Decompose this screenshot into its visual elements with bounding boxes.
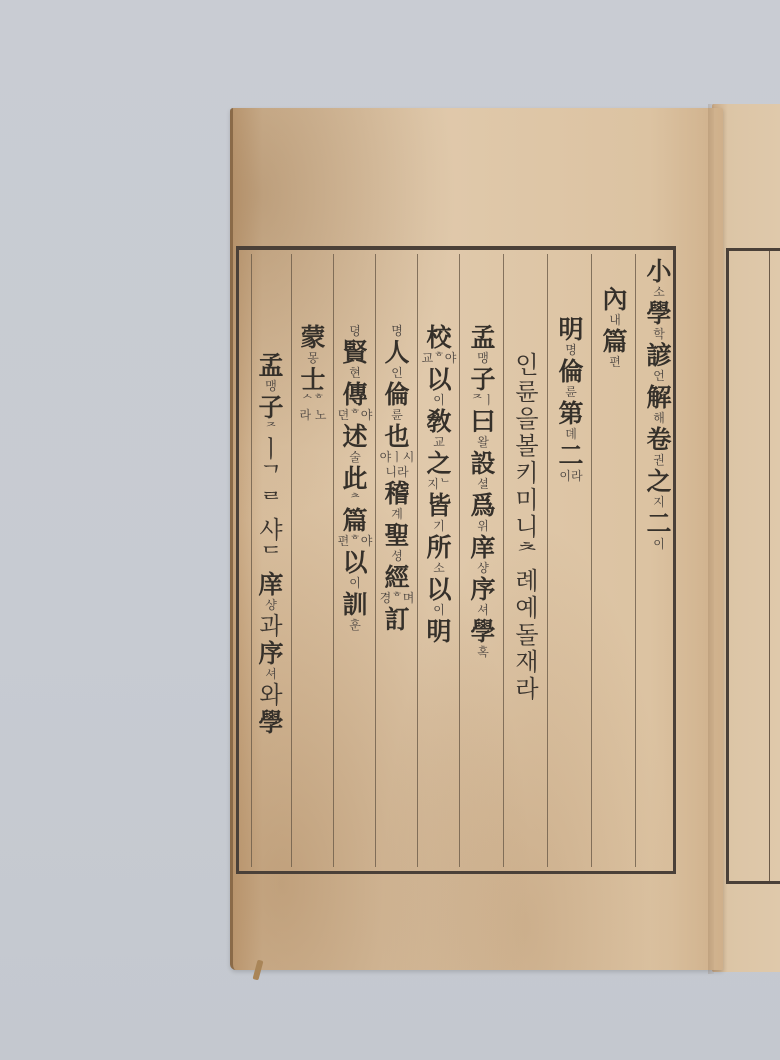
chapter-column: 內내 篇편 (595, 286, 635, 370)
text-column-7: 명 人인 倫륜 也야ㅣ시니라 稽계 聖셩 經경ᄒ며 訂 (377, 324, 417, 633)
text-frame: 小소 學학 諺언 解해 卷권 之지 二이 內내 篇편 明명 倫륜 第뎨 二이라 … (236, 246, 676, 874)
text-column-6: 校교ᄒ야 以이 敎교 之지ᄂ 皆기 所소 以이 明 (419, 324, 459, 645)
text-column-8: 뎡 賢현 傳뎐ᄒ야 述술 此ᄎ 篇편ᄒ야 以이 訓훈 (335, 324, 375, 633)
title-column: 小소 學학 諺언 解해 卷권 之지 二이 (639, 258, 679, 552)
page-fold (708, 104, 714, 974)
text-column-10: 孟맹 子ᄌ ㅣᄀᄅ샤ᄃ 庠샹 과 序셔 와 學 (251, 352, 291, 736)
text-column-5: 孟맹 子ᄌㅣ 曰왈 設셜 爲위 庠샹 序셔 學혹 (463, 324, 503, 660)
right-page-frame (726, 248, 780, 884)
section-column: 明명 倫륜 第뎨 二이라 (551, 316, 591, 484)
text-column-9: 蒙몽 士ᄉᄒ 라 노 (293, 324, 333, 423)
gloss-column: 인륜을볼키미니ᄎ례예돌재라 (507, 352, 547, 703)
